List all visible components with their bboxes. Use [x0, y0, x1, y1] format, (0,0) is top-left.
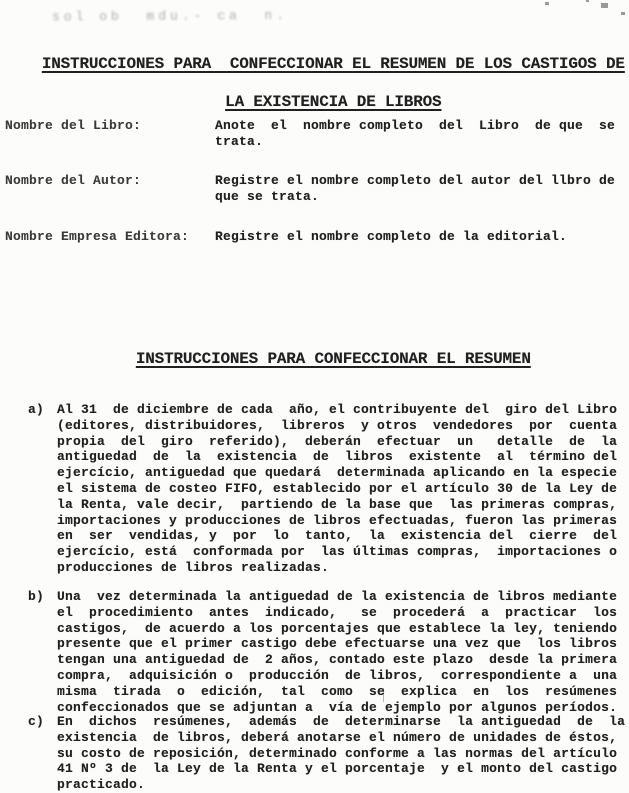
- field-description-nombre-libro: Anote el nombre completo del Libro de qu…: [215, 118, 615, 150]
- scan-speck: [586, 0, 589, 2]
- bleed-through-smudge: sol ob mdu.- ca n.: [52, 7, 472, 25]
- scan-speck: [545, 2, 549, 5]
- scan-speck: [601, 3, 608, 8]
- field-label-nombre-libro: Nombre del Libro:: [5, 118, 141, 133]
- document-title-line1: INSTRUCCIONES PARA CONFECCIONAR EL RESUM…: [42, 55, 625, 73]
- scan-speck: [621, 12, 625, 15]
- paragraph-b-text: Una vez determinada la antiguedad de la …: [57, 589, 617, 715]
- document-title: INSTRUCCIONES PARA CONFECCIONAR EL RESUM…: [0, 36, 629, 131]
- field-description-empresa-editora: Registre el nombre completo de la editor…: [215, 229, 567, 245]
- paragraph-a-marker: a): [28, 402, 44, 417]
- scanned-document-page: sol ob mdu.- ca n. INSTRUCCIONES PARA CO…: [0, 0, 629, 793]
- field-label-empresa-editora: Nombre Empresa Editora:: [5, 229, 189, 244]
- section-heading-text: INSTRUCCIONES PARA CONFECCIONAR EL RESUM…: [136, 350, 531, 368]
- paragraph-c-marker: c): [28, 714, 44, 729]
- field-label-nombre-autor: Nombre del Autor:: [5, 173, 141, 188]
- document-title-line2: LA EXISTENCIA DE LIBROS: [225, 93, 441, 111]
- section-heading: INSTRUCCIONES PARA CONFECCIONAR EL RESUM…: [0, 332, 629, 386]
- field-description-nombre-autor: Registre el nombre completo del autor de…: [215, 173, 615, 205]
- paragraph-a-text: Al 31 de diciembre de cada año, el contr…: [57, 402, 617, 576]
- paragraph-c-text: En dichos resúmenes, además de determina…: [57, 714, 625, 793]
- paragraph-b-marker: b): [28, 589, 44, 604]
